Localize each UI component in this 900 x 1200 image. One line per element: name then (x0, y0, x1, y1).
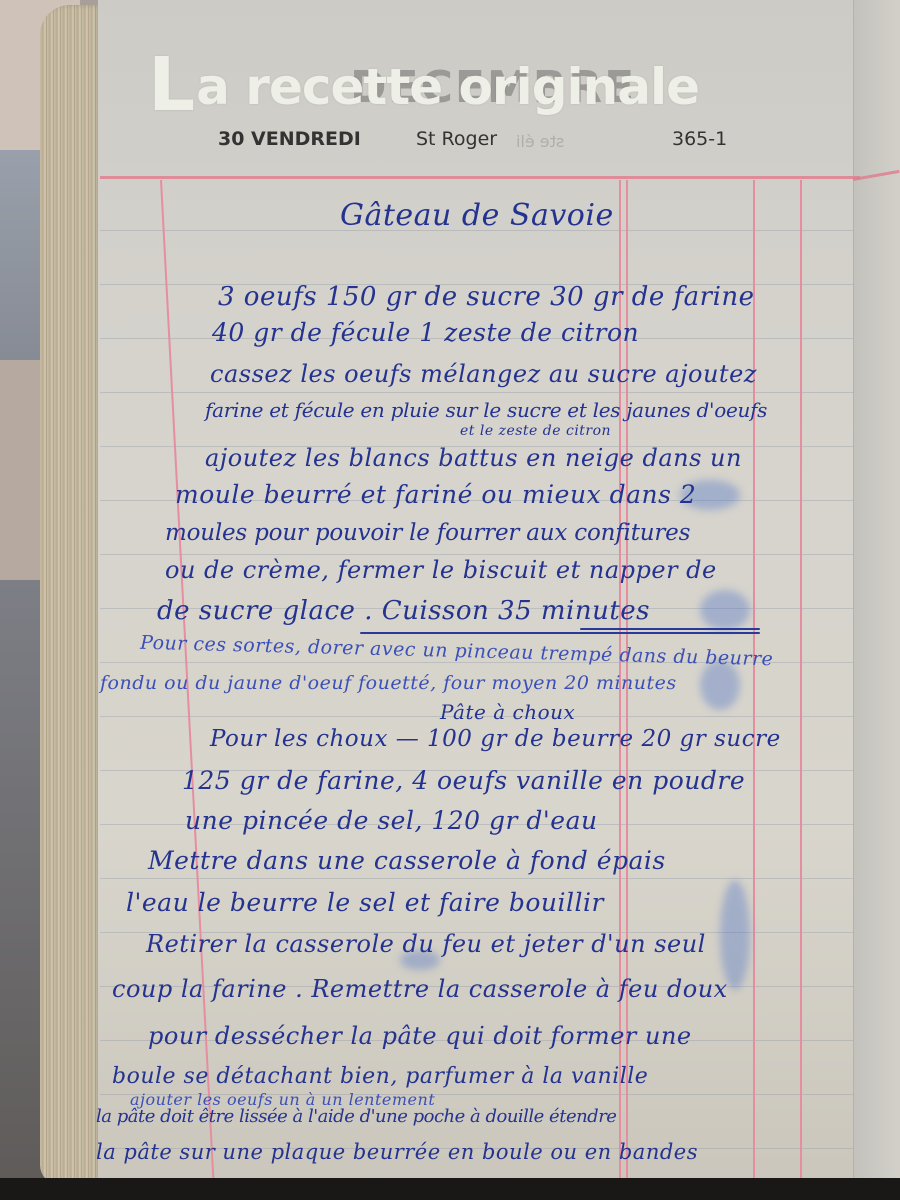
diary-bleed-through: ste éli (516, 132, 564, 151)
recipe2-line: coup la farine . Remettre la casserole à… (112, 975, 728, 1003)
ink-smudge (700, 590, 750, 630)
diary-saint: St Roger (416, 128, 497, 150)
diary-day-count: 365-1 (672, 128, 727, 150)
bottom-shadow (0, 1178, 900, 1200)
recipe-line: moules pour pouvoir le fourrer aux confi… (165, 520, 690, 546)
overlay-title-initial: L (148, 42, 194, 128)
overlay-title: La recette originale (148, 42, 699, 128)
column-line (800, 180, 802, 1180)
recipe-line: moule beurré et fariné ou mieux dans 2 (175, 480, 696, 509)
column-line (753, 180, 755, 1180)
recipe2-line: la pâte sur une plaque beurrée en boule … (96, 1140, 698, 1164)
recipe-title: Gâteau de Savoie (340, 198, 614, 233)
recipe-line: cassez les oeufs mélangez au sucre ajout… (210, 360, 757, 388)
recipe-insert: et le zeste de citron (460, 423, 611, 439)
recipe-line: ajoutez les blancs battus en neige dans … (205, 444, 742, 472)
notebook-page-edges (40, 5, 102, 1185)
annotation-line: fondu ou du jaune d'oeuf fouetté, four m… (100, 672, 677, 694)
recipe-line: 3 oeufs 150 gr de sucre 30 gr de farine (218, 282, 755, 312)
header-red-rule (100, 176, 860, 179)
overlay-title-text: a recette originale (196, 58, 699, 116)
recipe-line: 40 gr de fécule 1 zeste de citron (212, 318, 639, 347)
underline-stroke (580, 628, 760, 630)
recipe2-line: boule se détachant bien, parfumer à la v… (112, 1064, 648, 1089)
recipe-line: farine et fécule en pluie sur le sucre e… (205, 398, 767, 422)
underline-stroke (360, 632, 760, 634)
recipe2-title: Pâte à choux (440, 700, 575, 724)
recipe2-line: Pour les choux — 100 gr de beurre 20 gr … (210, 726, 781, 752)
recipe2-line: pour dessécher la pâte qui doit former u… (148, 1022, 692, 1050)
recipe2-line: Retirer la casserole du feu et jeter d'u… (146, 930, 706, 958)
recipe2-line: 125 gr de farine, 4 oeufs vanille en pou… (182, 766, 745, 795)
recipe-line: ou de crème, fermer le biscuit et napper… (165, 556, 717, 584)
ink-smudge (720, 880, 750, 990)
recipe2-line: une pincée de sel, 120 gr d'eau (185, 806, 598, 835)
recipe-line: de sucre glace . Cuisson 35 minutes (157, 596, 650, 626)
recipe2-line: la pâte doit être lissée à l'aide d'une … (96, 1106, 616, 1127)
recipe2-line: l'eau le beurre le sel et faire bouillir (126, 888, 604, 917)
diary-day: 30 VENDREDI (218, 128, 361, 150)
recipe2-line: Mettre dans une casserole à fond épais (148, 846, 666, 875)
